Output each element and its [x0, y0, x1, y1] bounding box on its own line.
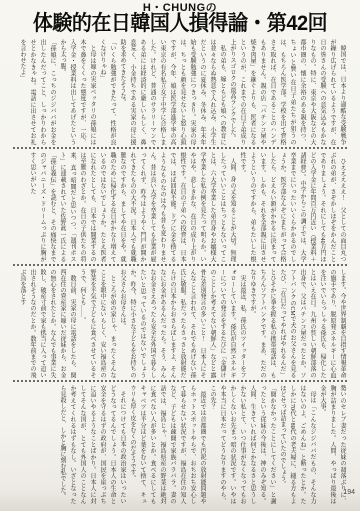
article-paragraph: 勢いのセレブ妻だった従妹の凋落ぶりに、胸が詰まりました。人間、やっぱり最後は金が… [317, 385, 347, 504]
band-separator-3 [13, 380, 347, 382]
page-number: 194 [343, 489, 355, 496]
magazine-page: H・CHUNGの 体験的在日韓国人損得論・第42回 韓国では、日本より過酷な受験… [0, 0, 360, 511]
article-header: H・CHUNGの 体験的在日韓国人損得論・第42回 [0, 0, 360, 35]
article-paragraph: 最近では首都圏でも汚泥の放射能問題やらホットスポットやらで、おちおち安心して暮ら… [127, 385, 207, 504]
article-paragraph: ところが弟の家じゃ、まったくそんなことを眼中にないらしく、安い福島産の野菜を平気… [77, 269, 117, 378]
article-paragraph: 「孫娘に、こっちのジジババがお金を出したんだってこと、しっかりわからせとかなきゃ… [17, 39, 57, 145]
article-band-4: 勢いのセレブ妻だった従妹の凋落ぶりに、胸が詰まりました。人間、やっぱり最後は金が… [13, 385, 347, 504]
article-band-3: します。今や世界制覇を目指す情報革命の旗手であり、脱原発エネルギーに心血を注いで… [13, 269, 347, 378]
article-paragraph: それにつけても日本の政治家はいったいどうなってるんでしょう。日本人の生命と安全を… [57, 385, 127, 504]
article-paragraph: 実は最近、私、孫氏のツイッターをフォローしています。孫氏が自然エネルギーについて… [117, 269, 247, 378]
article-paragraph: 「いくら勉強ができたって、性格が良くなけりゃね」 [97, 39, 117, 145]
article-paragraph: 数日前、実家の母に電話をしたら、関西在住の資産家に嫁いだ従妹から、お金の無心をさ… [17, 269, 77, 378]
article-band-2: ひえええええ！ 父としての面目丸つぶれの弟が、さぞかしほぞをかんだことでありまし… [13, 152, 347, 262]
article-paragraph: 私の弟も、嫁ともども娘への教育には並々ならぬ熱意で入れ込み、小学生だというのに夏… [117, 39, 227, 145]
article-band-1: 韓国では、日本より過酷な受験戦争が繰り広げられているようですが、在日の皆さんの受… [13, 39, 347, 145]
article-paragraph: 母は「こんなジジババだもの、そんな力はないのよ、ごめんね」と断ったとか。たしかに… [277, 385, 317, 504]
article-paragraph: 「聞かなかったことにしてください」と謝ったという従妹の今後は、神のみぞ知る。人間… [207, 385, 277, 504]
article-paragraph: ひえええええ！ 父としての面目丸つぶれの弟が、さぞかしほぞをかんだことでありまし… [237, 152, 347, 262]
article-paragraph: と母は嫁の実家ベッタリの孫娘には木で鼻をくくった態度ですが、一応、入学金・授業料… [57, 39, 97, 145]
article-paragraph: します。今や世界制覇を目指す情報革命の旗手であり、脱原発エネルギーに心血を注いで… [247, 269, 347, 378]
article-paragraph: 人間、身の丈を知ることが大切。無理したっていいことはちっともないってことは、六大… [27, 152, 237, 262]
article-paragraph: 韓国では、日本より過酷な受験戦争が繰り広げられているようですが、在日の皆さんの受… [227, 39, 347, 145]
band-separator-2 [13, 264, 347, 266]
band-separator-1 [13, 147, 347, 149]
column-title: 体験的在日韓国人損得論・第42回 [0, 14, 360, 36]
